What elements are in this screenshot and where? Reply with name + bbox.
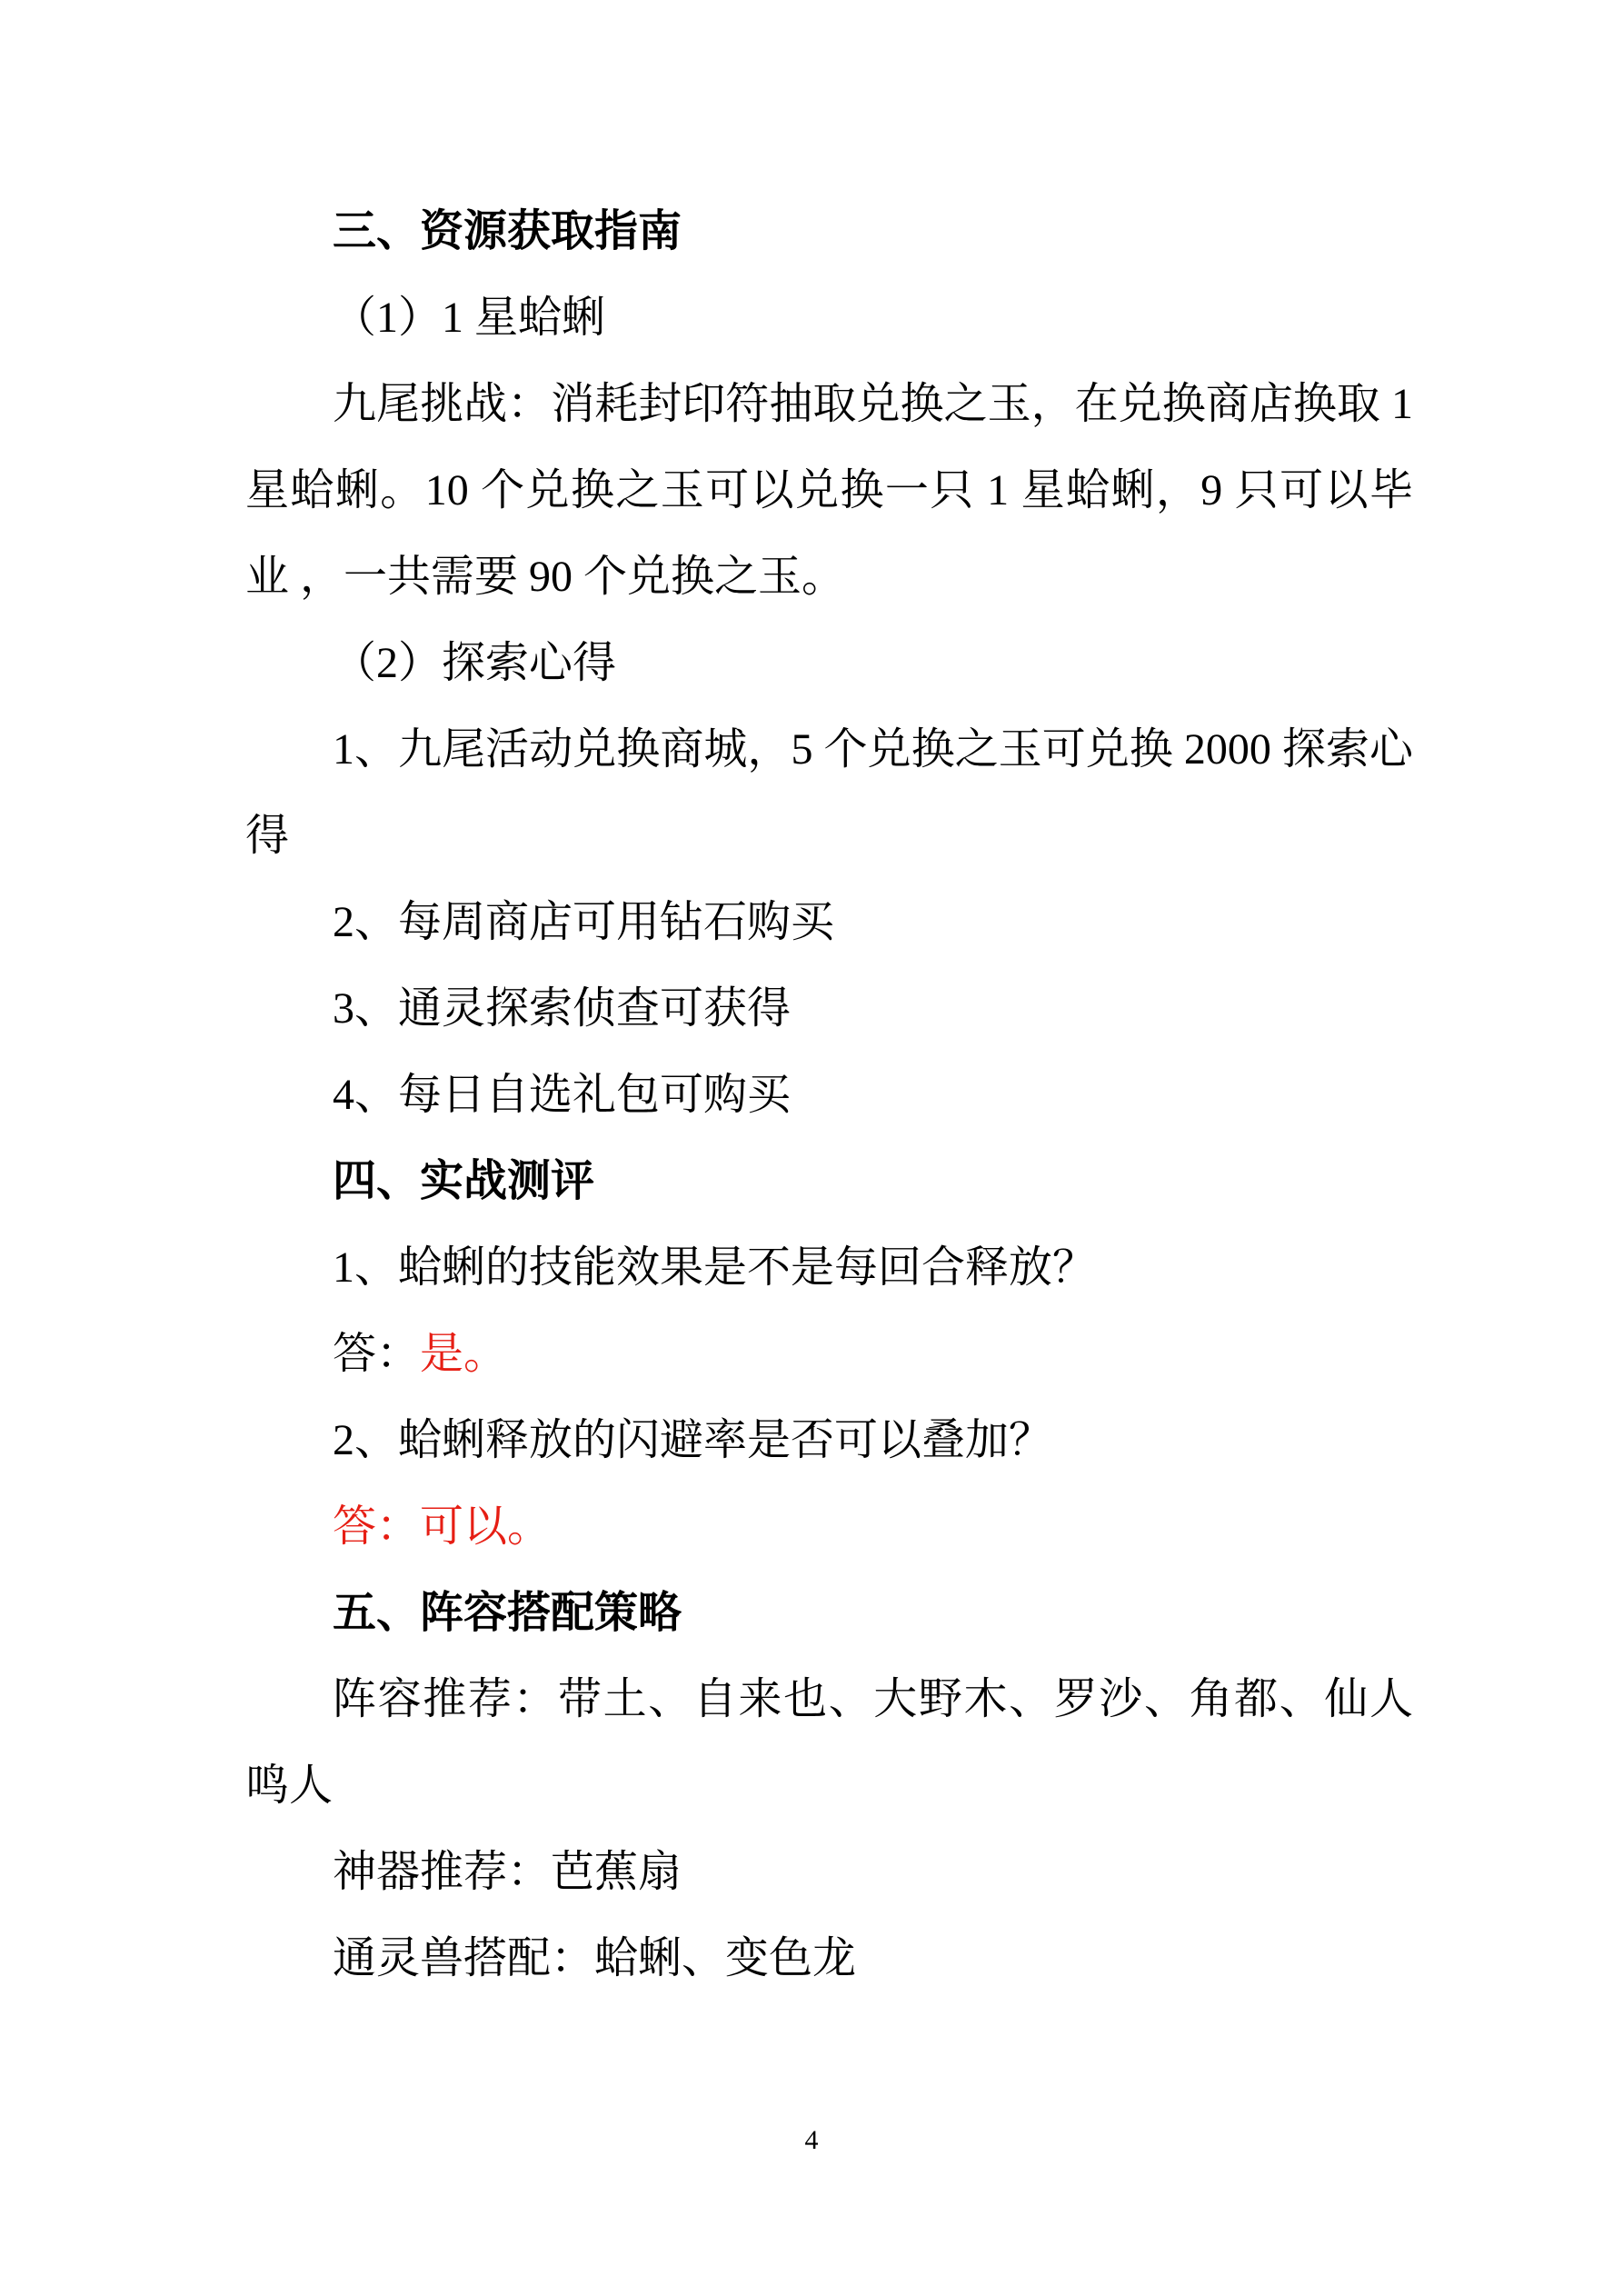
question-dodge-stack: 2、蛤蜊释放的闪避率是否可以叠加？ — [245, 1397, 1413, 1483]
answer-line-2: 答：可以。 — [245, 1483, 1413, 1570]
answer-value-red: 答：可以。 — [333, 1502, 551, 1551]
paragraph-summon-pairing: 通灵兽搭配：蛤蜊、变色龙 — [245, 1915, 1413, 2002]
section-heading-resources: 三、资源获取指南 — [245, 188, 1413, 275]
page-number: 4 — [0, 2125, 1623, 2156]
question-skill-every-round: 1、蛤蜊的技能效果是不是每回合释放？ — [245, 1224, 1413, 1311]
list-item-exchange-mall: 1、九尾活动兑换商城，5 个兑换之玉可兑换 2000 探索心得 — [245, 706, 1413, 879]
paragraph-lineup-recommendation: 阵容推荐：带土、自来也、大野木、罗沙、角都、仙人鸣人 — [245, 1656, 1413, 1829]
list-item-weekly-shop: 2、每周商店可用钻石购买 — [245, 879, 1413, 965]
list-item-summon-explore: 3、通灵探索侦查可获得 — [245, 965, 1413, 1052]
section-heading-combat-review: 四、实战测评 — [245, 1138, 1413, 1224]
paragraph-nine-tails-challenge: 九尾挑战：消耗封印符抽取兑换之玉，在兑换商店换取 1 星蛤蜊。10 个兑换之玉可… — [245, 361, 1413, 620]
list-item-daily-pack: 4、每日自选礼包可购买 — [245, 1052, 1413, 1138]
paragraph-artifact-recommendation: 神器推荐：芭蕉扇 — [245, 1829, 1413, 1915]
subheading-1-star-clam: （1）1 星蛤蜊 — [245, 275, 1413, 361]
answer-line-1: 答：是。 — [245, 1311, 1413, 1397]
section-heading-lineup-strategy: 五、阵容搭配策略 — [245, 1570, 1413, 1656]
subheading-exploration-insight: （2）探索心得 — [245, 620, 1413, 706]
answer-label: 答： — [333, 1330, 420, 1378]
answer-value-red: 是。 — [420, 1330, 507, 1378]
document-body: 三、资源获取指南 （1）1 星蛤蜊 九尾挑战：消耗封印符抽取兑换之玉，在兑换商店… — [245, 188, 1413, 2002]
document-page: 三、资源获取指南 （1）1 星蛤蜊 九尾挑战：消耗封印符抽取兑换之玉，在兑换商店… — [0, 0, 1623, 2296]
